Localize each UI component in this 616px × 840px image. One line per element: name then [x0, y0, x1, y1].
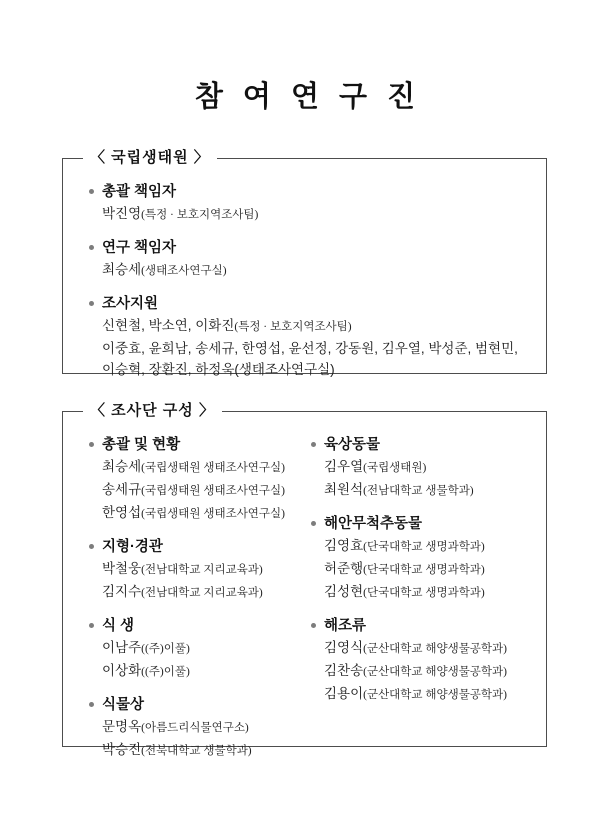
member-name: 박승진: [102, 742, 141, 757]
group-heading: 식물상: [89, 695, 311, 716]
member-affiliation: (국립생태원): [363, 462, 426, 474]
group-heading-label: 해안무척추동물: [324, 516, 422, 532]
group-general-and-status: 총괄 및 현황 최승세(국립생태원 생태조사연구실) 송세규(국립생태원 생태조…: [89, 435, 311, 525]
group-terrestrial-animals: 육상동물 김우열(국립생태원) 최원석(전남대학교 생물학과): [311, 435, 536, 502]
group-survey-support: 조사지원 신현철, 박소연, 이화진(특정 · 보호지역조사팀) 이중효, 윤희…: [89, 294, 536, 380]
group-coastal-invertebrates: 해안무척추동물 김영효(단국대학교 생명과학과) 허준행(단국대학교 생명과학과…: [311, 514, 536, 604]
member-names: 이중효, 윤희남, 송세규, 한영섭, 윤선정, 강동원, 김우열, 박성준, …: [102, 341, 518, 356]
member-name: 박진영: [102, 206, 141, 221]
member-line: 박승진(전북대학교 생물학과): [89, 739, 311, 762]
bullet-icon: [89, 245, 94, 250]
group-heading-label: 총괄 및 현황: [102, 437, 180, 453]
group-heading-label: 총괄 책임자: [102, 184, 176, 200]
member-name: 허준행: [324, 561, 363, 576]
member-affiliation: (군산대학교 해양생물공학과): [363, 643, 507, 655]
member-line: 김찬송(군산대학교 해양생물공학과): [311, 660, 536, 683]
group-heading: 지형·경관: [89, 537, 311, 558]
member-name: 이남주: [102, 640, 141, 655]
group-heading: 식 생: [89, 616, 311, 637]
member-name: 김우열: [324, 459, 363, 474]
member-affiliation: (국립생태원 생태조사연구실): [141, 485, 285, 497]
member-line: 송세규(국립생태원 생태조사연구실): [89, 479, 311, 502]
member-name: 김용이: [324, 686, 363, 701]
group-heading-label: 식 생: [102, 618, 134, 634]
bullet-icon: [311, 623, 316, 628]
member-affiliation: (군산대학교 해양생물공학과): [363, 666, 507, 678]
group-heading: 연구 책임자: [89, 238, 536, 259]
member-affiliation: (아름드리식물연구소): [141, 722, 249, 734]
member-affiliation: (단국대학교 생명과학과): [363, 564, 485, 576]
member-line: 김성현(단국대학교 생명과학과): [311, 581, 536, 604]
bullet-icon: [89, 702, 94, 707]
member-line: 최승세(국립생태원 생태조사연구실): [89, 456, 311, 479]
group-general-manager: 총괄 책임자 박진영(특정 · 보호지역조사팀): [89, 182, 536, 226]
member-affiliation: ((주)이풀): [141, 666, 190, 678]
member-name: 김성현: [324, 584, 363, 599]
member-names: 신현철, 박소연, 이화진: [102, 318, 234, 333]
member-name: 최원석: [324, 482, 363, 497]
bullet-icon: [89, 544, 94, 549]
member-name: 이상화: [102, 663, 141, 678]
document-page: { "page_title": "참 여 연 구 진", "colors": {…: [0, 0, 616, 840]
bullet-icon: [311, 521, 316, 526]
member-line: 신현철, 박소연, 이화진(특정 · 보호지역조사팀): [89, 315, 536, 338]
group-heading: 해안무척추동물: [311, 514, 536, 535]
member-line: 김우열(국립생태원): [311, 456, 536, 479]
member-name: 김지수: [102, 584, 141, 599]
member-affiliation: (전남대학교 지리교육과): [141, 587, 263, 599]
bullet-icon: [89, 623, 94, 628]
group-heading: 육상동물: [311, 435, 536, 456]
member-line: 최원석(전남대학교 생물학과): [311, 479, 536, 502]
member-line: 이남주((주)이풀): [89, 637, 311, 660]
group-heading: 조사지원: [89, 294, 536, 315]
member-affiliation: (생태조사연구실): [141, 265, 226, 277]
member-line: 이중효, 윤희남, 송세규, 한영섭, 윤선정, 강동원, 김우열, 박성준, …: [89, 338, 536, 359]
bullet-icon: [311, 442, 316, 447]
member-affiliation: (전북대학교 생물학과): [141, 745, 252, 757]
group-heading-label: 해조류: [324, 618, 366, 634]
member-line: 문명옥(아름드리식물연구소): [89, 716, 311, 739]
member-affiliation: (전남대학교 지리교육과): [141, 564, 263, 576]
group-flora: 식물상 문명옥(아름드리식물연구소) 박승진(전북대학교 생물학과): [89, 695, 311, 762]
group-topography-landscape: 지형·경관 박철웅(전남대학교 지리교육과) 김지수(전남대학교 지리교육과): [89, 537, 311, 604]
member-affiliation: (단국대학교 생명과학과): [363, 541, 485, 553]
section-legend: 〈 국립생태원 〉: [83, 147, 217, 169]
member-affiliation: (단국대학교 생명과학과): [363, 587, 485, 599]
section-survey-team-composition: 〈 조사단 구성 〉 총괄 및 현황 최승세(국립생태원 생태조사연구실) 송세…: [62, 411, 547, 747]
member-line: 최승세(생태조사연구실): [89, 259, 536, 282]
group-heading-label: 연구 책임자: [102, 240, 176, 256]
member-name: 문명옥: [102, 719, 141, 734]
bullet-icon: [89, 189, 94, 194]
left-column: 총괄 및 현황 최승세(국립생태원 생태조사연구실) 송세규(국립생태원 생태조…: [89, 435, 311, 774]
section-national-institute-of-ecology: 〈 국립생태원 〉 총괄 책임자 박진영(특정 · 보호지역조사팀) 연구 책임…: [62, 158, 547, 374]
member-line: 박철웅(전남대학교 지리교육과): [89, 558, 311, 581]
member-name: 김영효: [324, 538, 363, 553]
group-heading-label: 조사지원: [102, 296, 158, 312]
member-name: 최승세: [102, 262, 141, 277]
member-names: 이승혁, 장환진, 하정욱(생태조사연구실): [102, 362, 335, 377]
member-affiliation: (전남대학교 생물학과): [363, 485, 474, 497]
bullet-icon: [89, 442, 94, 447]
member-line: 이승혁, 장환진, 하정욱(생태조사연구실): [89, 359, 536, 380]
group-heading-label: 식물상: [102, 697, 144, 713]
member-affiliation: (특정 · 보호지역조사팀): [141, 209, 258, 221]
member-line: 김지수(전남대학교 지리교육과): [89, 581, 311, 604]
group-heading: 해조류: [311, 616, 536, 637]
member-affiliation: (군산대학교 해양생물공학과): [363, 689, 507, 701]
group-seaweed: 해조류 김영식(군산대학교 해양생물공학과) 김찬송(군산대학교 해양생물공학과…: [311, 616, 536, 706]
member-line: 한영섭(국립생태원 생태조사연구실): [89, 502, 311, 525]
member-line: 김영효(단국대학교 생명과학과): [311, 535, 536, 558]
member-line: 이상화((주)이풀): [89, 660, 311, 683]
member-name: 송세규: [102, 482, 141, 497]
member-affiliation: ((주)이풀): [141, 643, 190, 655]
member-line: 김영식(군산대학교 해양생물공학과): [311, 637, 536, 660]
member-name: 박철웅: [102, 561, 141, 576]
right-column: 육상동물 김우열(국립생태원) 최원석(전남대학교 생물학과) 해안무척추동물 …: [311, 435, 536, 774]
member-affiliation: (특정 · 보호지역조사팀): [234, 321, 351, 333]
member-name: 김찬송: [324, 663, 363, 678]
member-affiliation: (국립생태원 생태조사연구실): [141, 462, 285, 474]
section-legend: 〈 조사단 구성 〉: [83, 400, 222, 422]
member-name: 최승세: [102, 459, 141, 474]
page-title: 참 여 연 구 진: [0, 74, 616, 115]
group-heading: 총괄 및 현황: [89, 435, 311, 456]
group-research-manager: 연구 책임자 최승세(생태조사연구실): [89, 238, 536, 282]
member-name: 김영식: [324, 640, 363, 655]
member-name: 한영섭: [102, 505, 141, 520]
group-heading-label: 육상동물: [324, 437, 380, 453]
bullet-icon: [89, 301, 94, 306]
member-affiliation: (국립생태원 생태조사연구실): [141, 508, 285, 520]
group-vegetation: 식 생 이남주((주)이풀) 이상화((주)이풀): [89, 616, 311, 683]
member-line: 박진영(특정 · 보호지역조사팀): [89, 203, 536, 226]
member-line: 허준행(단국대학교 생명과학과): [311, 558, 536, 581]
group-heading-label: 지형·경관: [102, 539, 163, 555]
group-heading: 총괄 책임자: [89, 182, 536, 203]
member-line: 김용이(군산대학교 해양생물공학과): [311, 683, 536, 706]
